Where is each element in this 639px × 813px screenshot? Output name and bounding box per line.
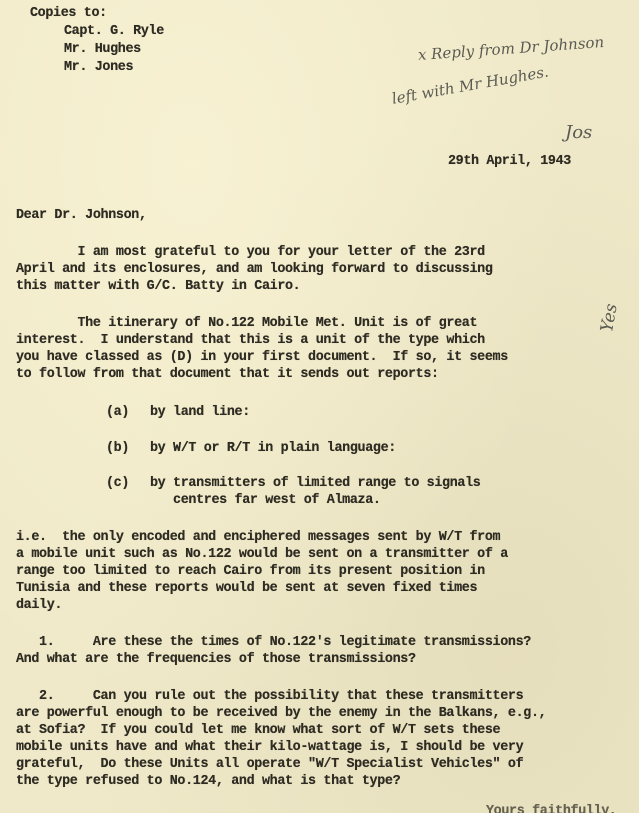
handwritten-note-line1: x Reply from Dr Johnson: [417, 33, 604, 64]
copy-recipient: Capt. G. Ryle: [64, 24, 164, 40]
list-marker-c: (c): [106, 476, 129, 492]
list-item-b: by W/T or R/T in plain language:: [150, 441, 396, 457]
list-item-a: by land line:: [150, 405, 250, 421]
question-2-line: are powerful enough to be received by th…: [16, 706, 546, 722]
question-1-line: 1. Are these the times of No.122's legit…: [16, 635, 531, 651]
paragraph-2-line: interest. I understand that this is a un…: [16, 333, 485, 349]
paragraph-3-line: range too limited to reach Cairo from it…: [16, 564, 485, 580]
paragraph-3-line: Tunisia and these reports would be sent …: [16, 581, 477, 597]
salutation: Dear Dr. Johnson,: [16, 208, 147, 224]
paragraph-3-line: a mobile unit such as No.122 would be se…: [16, 547, 508, 563]
question-2-line: at Sofia? If you could let me know what …: [16, 723, 500, 739]
paragraph-2-line: to follow from that document that it sen…: [16, 367, 439, 383]
list-item-c: by transmitters of limited range to sign…: [150, 476, 481, 492]
paragraph-1-line: April and its enclosures, and am looking…: [16, 262, 493, 278]
copy-recipient: Mr. Jones: [64, 60, 133, 76]
handwritten-note-line2: left with Mr Hughes.: [390, 63, 549, 108]
question-2-line: grateful, Do these Units all operate "W/…: [16, 757, 523, 773]
question-2-line: the type refused to No.124, and what is …: [16, 774, 400, 790]
question-2-line: mobile units have and what their kilo-wa…: [16, 740, 523, 756]
paragraph-3-line: i.e. the only encoded and enciphered mes…: [16, 530, 500, 546]
closing-fragment: Yours faithfully,: [486, 804, 617, 813]
list-marker-b: (b): [106, 441, 129, 457]
letter-date: 29th April, 1943: [448, 154, 571, 170]
handwritten-initials: Jos: [565, 122, 592, 143]
paragraph-2-line: you have classed as (D) in your first do…: [16, 350, 508, 366]
list-item-c: centres far west of Almaza.: [150, 493, 381, 509]
question-1-line: And what are the frequencies of those tr…: [16, 652, 416, 668]
copy-recipient: Mr. Hughes: [64, 42, 141, 58]
paragraph-2-line: The itinerary of No.122 Mobile Met. Unit…: [16, 316, 477, 332]
list-marker-a: (a): [106, 405, 129, 421]
paragraph-1-line: this matter with G/C. Batty in Cairo.: [16, 279, 300, 295]
paragraph-3-line: daily.: [16, 598, 62, 614]
copies-heading: Copies to:: [30, 6, 107, 22]
paragraph-1-line: I am most grateful to you for your lette…: [16, 245, 485, 261]
handwritten-margin-note: Yes: [597, 302, 622, 334]
question-2-line: 2. Can you rule out the possibility that…: [16, 689, 523, 705]
